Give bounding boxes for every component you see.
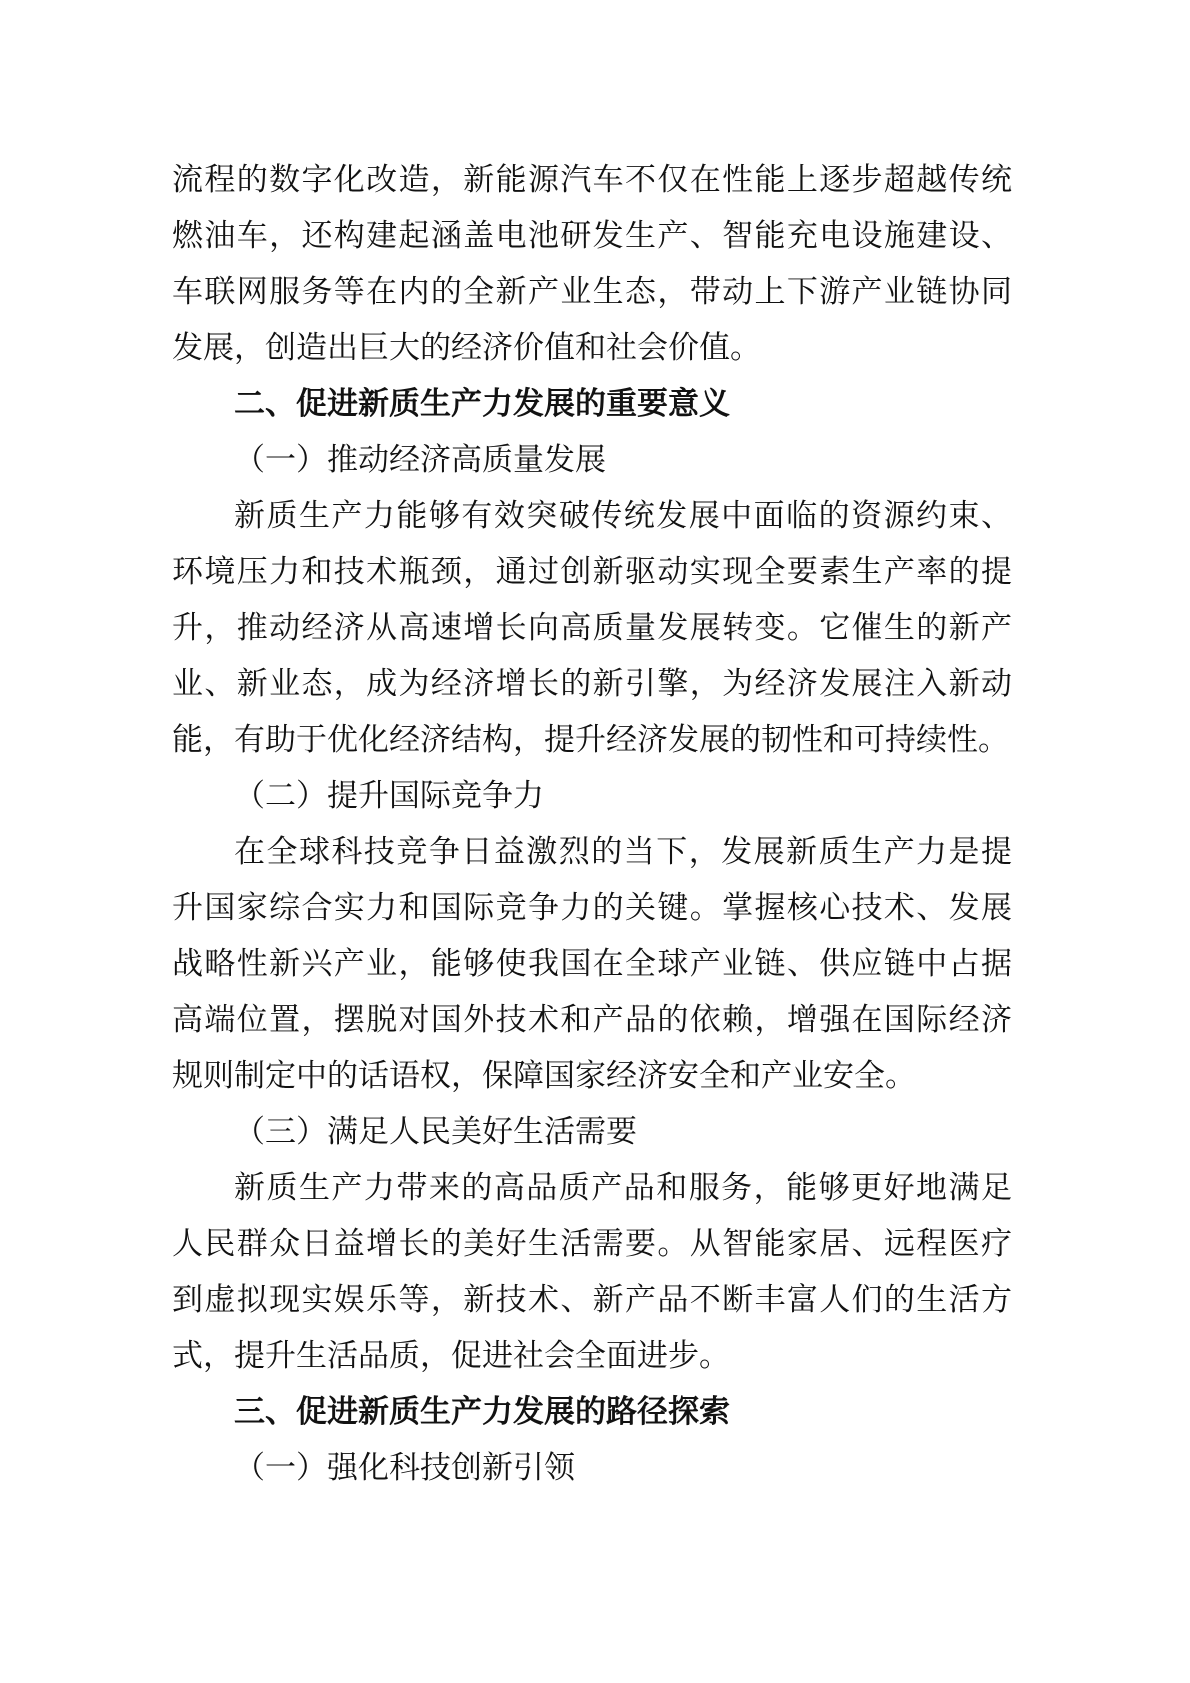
section-heading-2: 二、促进新质生产力发展的重要意义	[172, 376, 1012, 432]
body-line: 车联网服务等在内的全新产业生态，带动上下游产业链协同	[172, 264, 1012, 320]
body-line: 升国家综合实力和国际竞争力的关键。掌握核心技术、发展	[172, 880, 1012, 936]
paragraph-continuation: 流程的数字化改造，新能源汽车不仅在性能上逐步超越传统 燃油车，还构建起涵盖电池研…	[172, 152, 1012, 376]
body-line: 规则制定中的话语权，保障国家经济安全和产业安全。	[172, 1048, 1012, 1104]
body-line: 战略性新兴产业，能够使我国在全球产业链、供应链中占据	[172, 936, 1012, 992]
body-line: 到虚拟现实娱乐等，新技术、新产品不断丰富人们的生活方	[172, 1272, 1012, 1328]
subsection-heading-3-1: （一）强化科技创新引领	[172, 1440, 1012, 1496]
body-line: 流程的数字化改造，新能源汽车不仅在性能上逐步超越传统	[172, 152, 1012, 208]
body-line: 在全球科技竞争日益激烈的当下，发展新质生产力是提	[172, 824, 1012, 880]
paragraph: 在全球科技竞争日益激烈的当下，发展新质生产力是提 升国家综合实力和国际竞争力的关…	[172, 824, 1012, 1104]
body-line: 环境压力和技术瓶颈，通过创新驱动实现全要素生产率的提	[172, 544, 1012, 600]
body-line: 升，推动经济从高速增长向高质量发展转变。它催生的新产	[172, 600, 1012, 656]
subsection-heading-2-3: （三）满足人民美好生活需要	[172, 1104, 1012, 1160]
body-line: 新质生产力带来的高品质产品和服务，能够更好地满足	[172, 1160, 1012, 1216]
body-line: 新质生产力能够有效突破传统发展中面临的资源约束、	[172, 488, 1012, 544]
document-page: 流程的数字化改造，新能源汽车不仅在性能上逐步超越传统 燃油车，还构建起涵盖电池研…	[0, 0, 1190, 1683]
body-line: 发展，创造出巨大的经济价值和社会价值。	[172, 320, 1012, 376]
body-line: 高端位置，摆脱对国外技术和产品的依赖，增强在国际经济	[172, 992, 1012, 1048]
subsection-heading-2-2: （二）提升国际竞争力	[172, 768, 1012, 824]
paragraph: 新质生产力带来的高品质产品和服务，能够更好地满足 人民群众日益增长的美好生活需要…	[172, 1160, 1012, 1384]
body-line: 业、新业态，成为经济增长的新引擎，为经济发展注入新动	[172, 656, 1012, 712]
body-line: 能，有助于优化经济结构，提升经济发展的韧性和可持续性。	[172, 712, 1012, 768]
body-line: 人民群众日益增长的美好生活需要。从智能家居、远程医疗	[172, 1216, 1012, 1272]
paragraph: 新质生产力能够有效突破传统发展中面临的资源约束、 环境压力和技术瓶颈，通过创新驱…	[172, 488, 1012, 768]
subsection-heading-2-1: （一）推动经济高质量发展	[172, 432, 1012, 488]
body-line: 式，提升生活品质，促进社会全面进步。	[172, 1328, 1012, 1384]
section-heading-3: 三、促进新质生产力发展的路径探索	[172, 1384, 1012, 1440]
body-line: 燃油车，还构建起涵盖电池研发生产、智能充电设施建设、	[172, 208, 1012, 264]
